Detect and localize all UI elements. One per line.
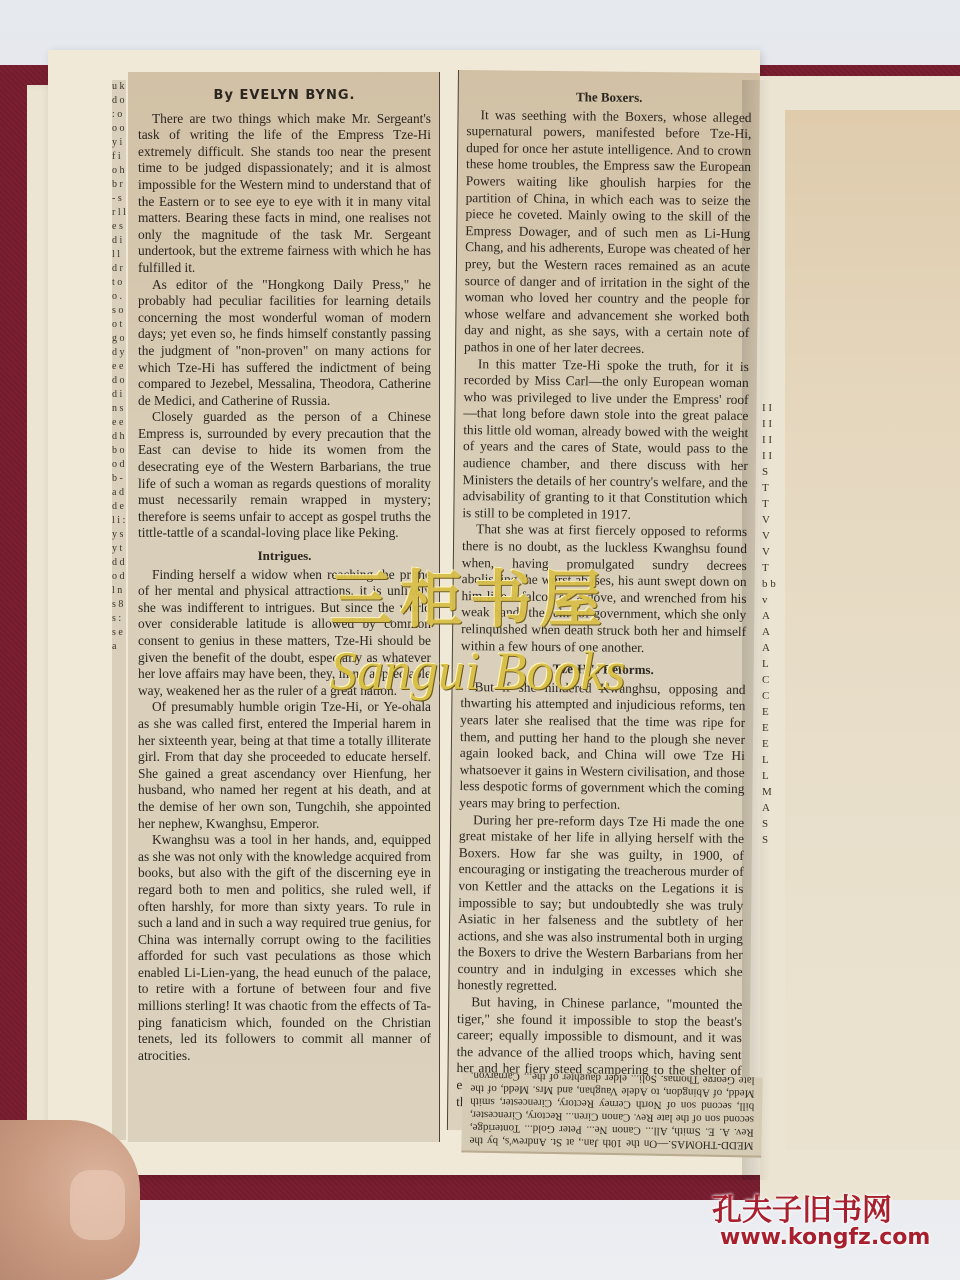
thumbnail-nail <box>70 1170 125 1240</box>
watermark-sangui-chinese: 三柜书屋 <box>330 550 610 639</box>
watermark-sangui-books: Sangui Books <box>330 640 625 702</box>
paragraph: Of presumably humble origin Tze-Hi, or Y… <box>138 699 431 832</box>
paragraph: As editor of the "Hongkong Daily Press,"… <box>138 277 431 410</box>
gutter-shadow <box>742 80 770 1180</box>
byline: By EVELYN BYNG. <box>138 88 431 105</box>
watermark-kongfz-chinese: 孔夫子旧书网 <box>712 1185 892 1229</box>
page-foxing-stain <box>785 110 960 1150</box>
paragraph: There are two things which make Mr. Serg… <box>138 111 431 277</box>
watermark-kongfz-url: www.kongfz.com <box>720 1225 930 1250</box>
section-heading: The Boxers. <box>467 88 752 108</box>
margin-fragment-left: u k d o : o o o y i f i o h b r - s r l … <box>112 80 126 1140</box>
paragraph: During her pre-reform days Tze Hi made t… <box>457 812 744 998</box>
torn-clipping-upside-down: MEDD-THOMAS.—On the 10th Jan., at St. An… <box>461 1072 762 1157</box>
paragraph: It was seething with the Boxers, whose a… <box>464 107 752 359</box>
paragraph: In this matter Tze-Hi spoke the truth, f… <box>462 356 749 525</box>
paragraph: Closely guarded as the person of a Chine… <box>138 409 431 542</box>
paragraph: Kwanghsu was a tool in her hands, and, e… <box>138 832 431 1064</box>
